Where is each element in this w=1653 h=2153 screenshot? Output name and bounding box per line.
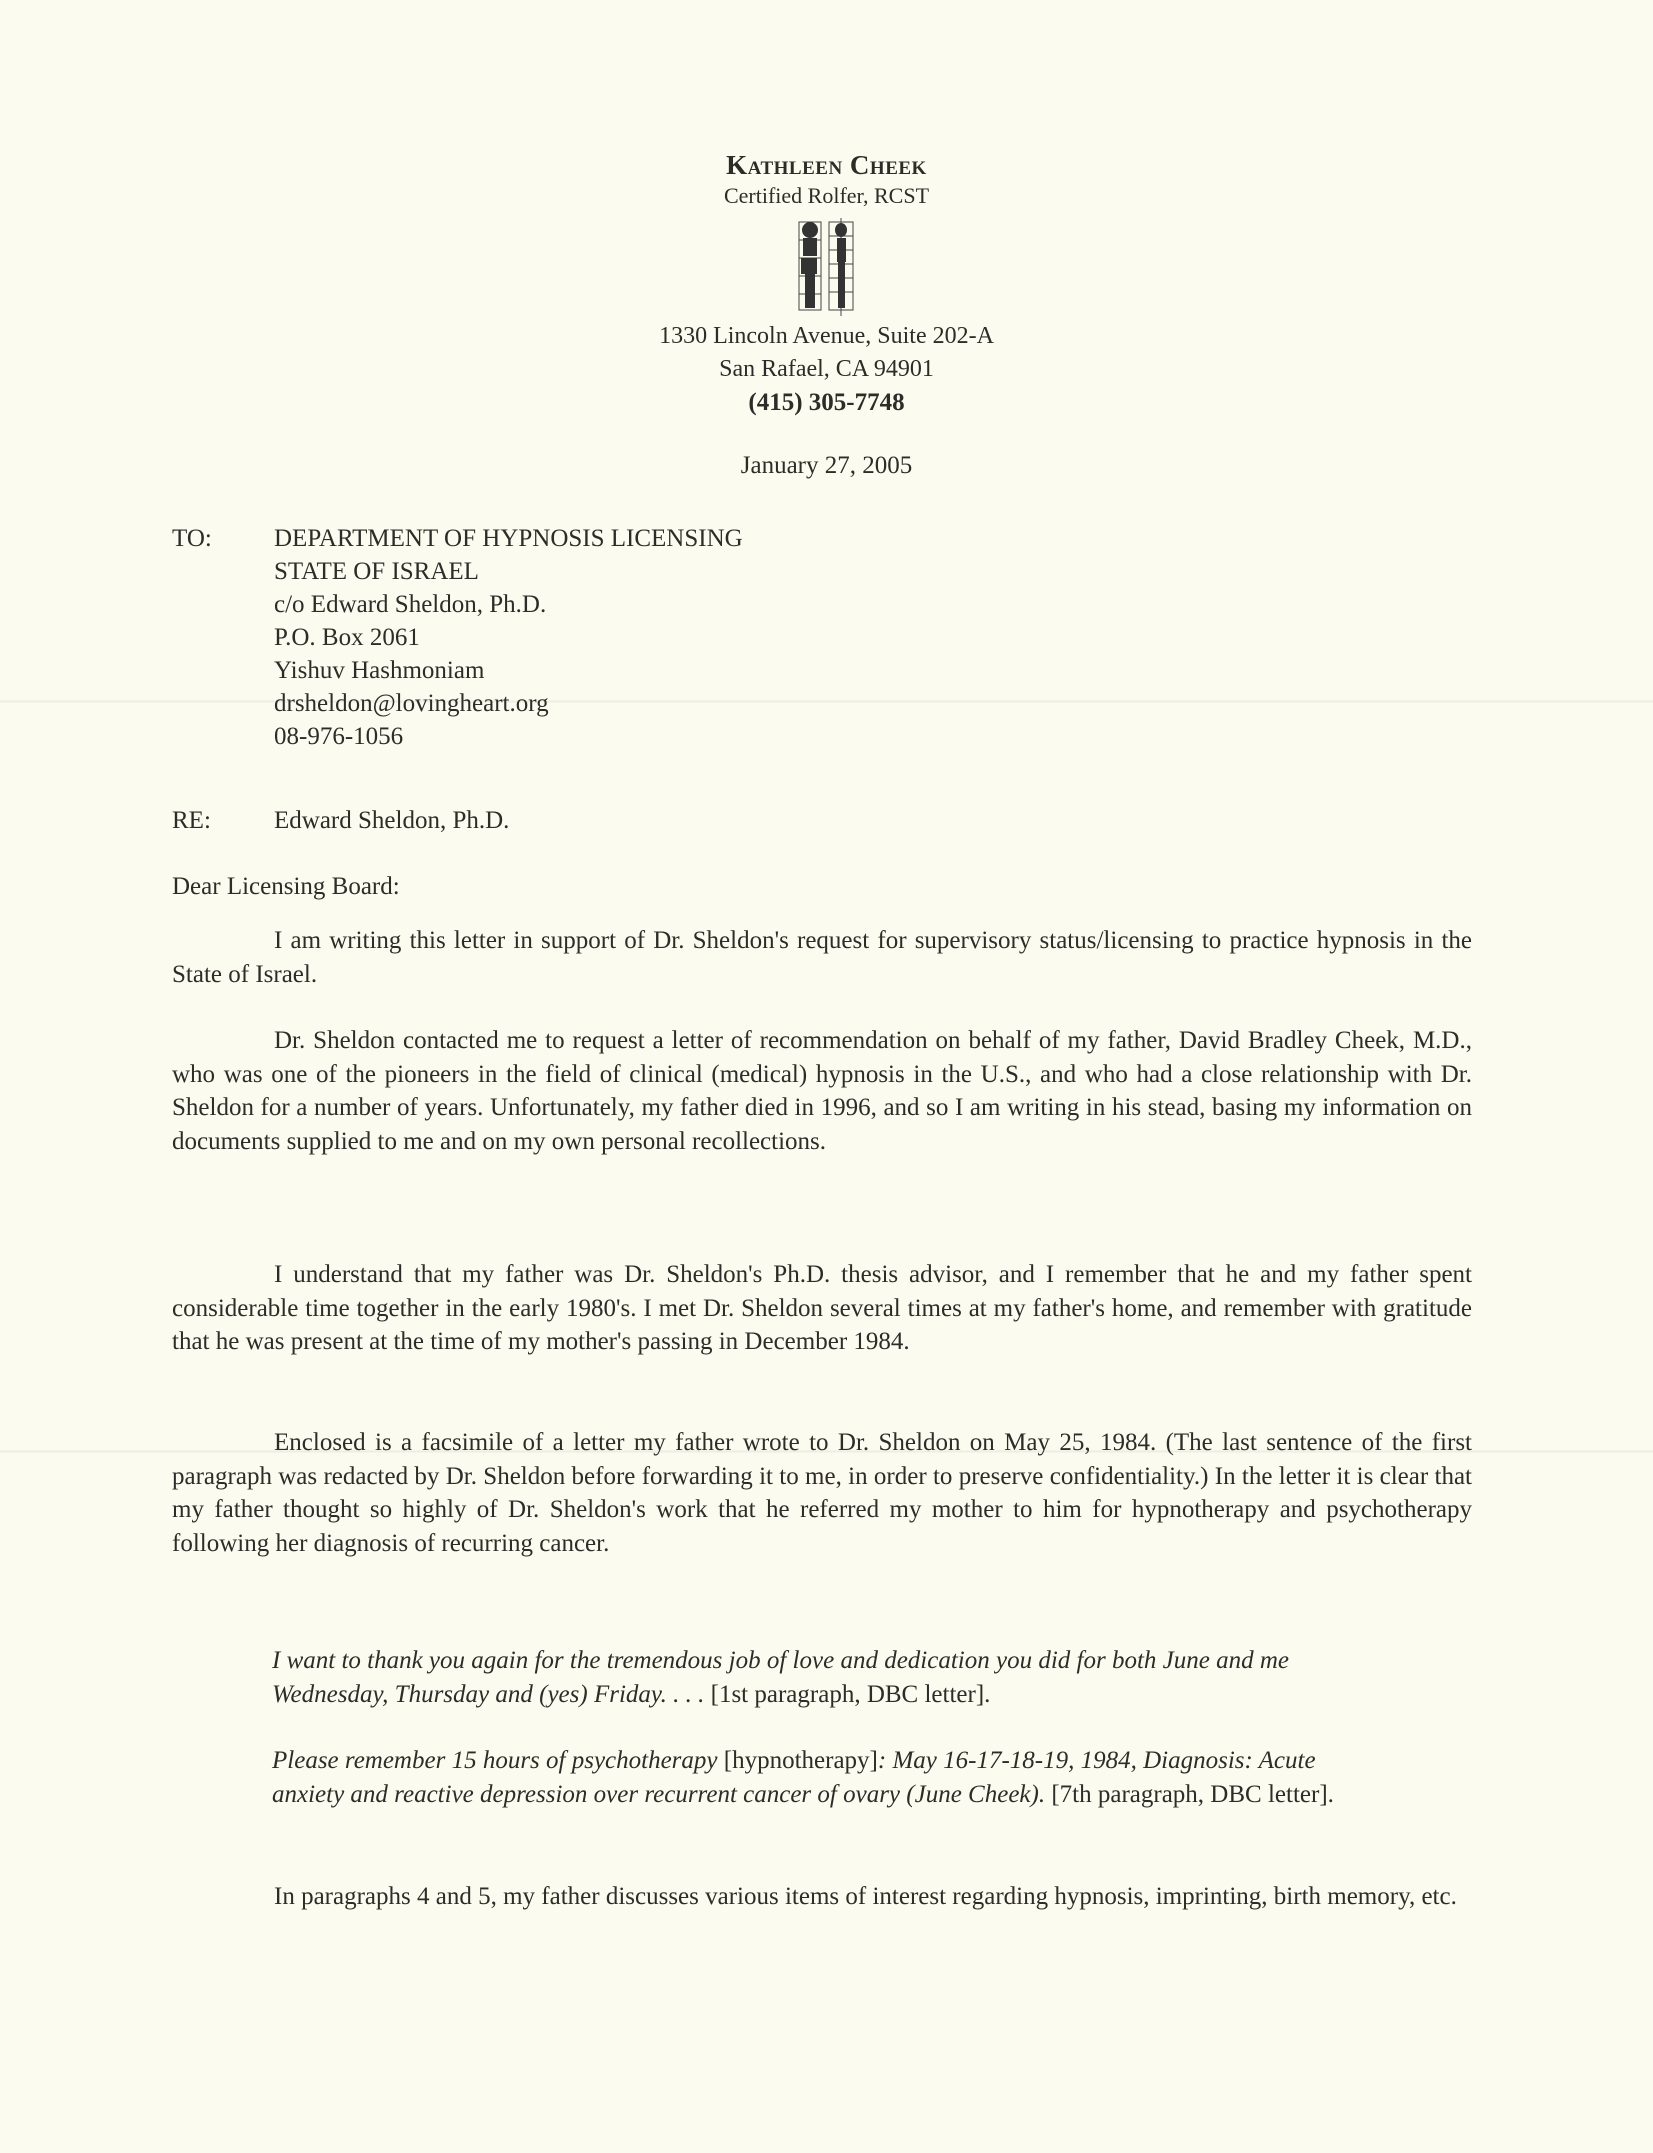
- rolfing-figures-logo-icon: [797, 218, 857, 316]
- recipient-line: Yishuv Hashmoniam: [274, 654, 743, 687]
- recipient-line: c/o Edward Sheldon, Ph.D.: [274, 588, 743, 621]
- recipient-phone: 08-976-1056: [274, 720, 743, 753]
- quote-text: Please remember 15 hours of psychotherap…: [272, 1747, 718, 1774]
- recipient-block: TO: DEPARTMENT OF HYPNOSIS LICENSING STA…: [172, 522, 274, 555]
- paper-fold-line: [0, 700, 1653, 703]
- letter-date: January 27, 2005: [0, 452, 1653, 480]
- quoted-excerpt-1: I want to thank you again for the tremen…: [272, 1644, 1382, 1712]
- sender-title: Certified Rolfer, RCST: [0, 182, 1653, 210]
- to-label: TO:: [172, 522, 274, 555]
- body-paragraph-4: Enclosed is a facsimile of a letter my f…: [172, 1426, 1472, 1560]
- body-paragraph-1: I am writing this letter in support of D…: [172, 924, 1472, 991]
- body-paragraph-5: In paragraphs 4 and 5, my father discuss…: [172, 1880, 1472, 1914]
- address-line-1: 1330 Lincoln Avenue, Suite 202-A: [0, 320, 1653, 353]
- recipient-address: DEPARTMENT OF HYPNOSIS LICENSING STATE O…: [274, 522, 743, 753]
- quote-citation: [7th paragraph, DBC letter].: [1045, 1781, 1334, 1808]
- quoted-excerpt-2: Please remember 15 hours of psychotherap…: [272, 1744, 1382, 1812]
- address-line-2: San Rafael, CA 94901: [0, 353, 1653, 386]
- quote-insertion: [hypnotherapy]: [718, 1747, 878, 1774]
- letterhead: Kathleen Cheek Certified Rolfer, RCST 13…: [0, 148, 1653, 420]
- body-paragraph-3: I understand that my father was Dr. Shel…: [172, 1258, 1472, 1359]
- phone-number: (415) 305-7748: [0, 386, 1653, 420]
- sender-name: Kathleen Cheek: [0, 148, 1653, 182]
- salutation: Dear Licensing Board:: [172, 870, 400, 903]
- recipient-line: DEPARTMENT OF HYPNOSIS LICENSING: [274, 522, 743, 555]
- quote-citation: [1st paragraph, DBC letter].: [704, 1681, 990, 1708]
- recipient-line: STATE OF ISRAEL: [274, 555, 743, 588]
- re-label: RE:: [172, 804, 274, 837]
- recipient-line: P.O. Box 2061: [274, 621, 743, 654]
- subject-line: RE:Edward Sheldon, Ph.D.: [172, 804, 509, 837]
- recipient-email: drsheldon@lovingheart.org: [274, 687, 743, 720]
- body-paragraph-2: Dr. Sheldon contacted me to request a le…: [172, 1024, 1472, 1158]
- re-value: Edward Sheldon, Ph.D.: [274, 807, 509, 834]
